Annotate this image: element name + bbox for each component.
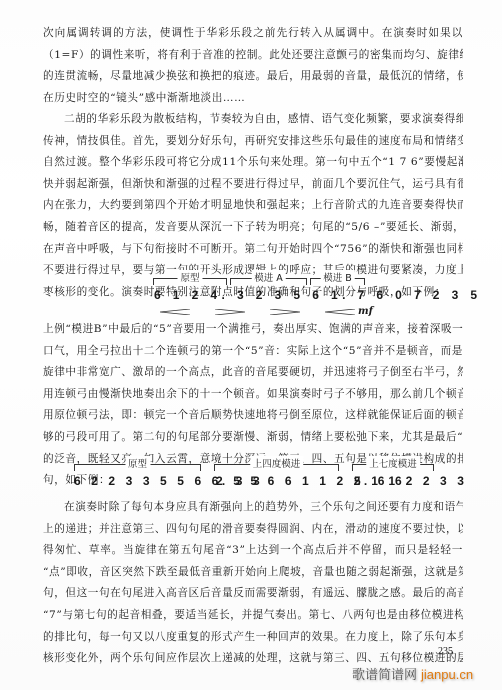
text-line: 够的弓段可用了。第二句的句尾部分要渐慢、渐弱，情绪上要松弛下来，尤其是最后“6” — [43, 427, 463, 449]
paragraph-1: 次向属调转调的方法，使调性于华彩乐段之前先行转入从属调中。在演奏时如果以 （1=… — [43, 23, 463, 109]
dynamic-mark: mf — [358, 306, 373, 317]
text-line: 得匆忙、草率。当旋律在第五句尾音“3”上达到一个高点后并不停留，而只是轻轻一 — [43, 540, 463, 562]
text-line: 用连顿弓由慢渐快地奏出余下的十一个顿音。如果演奏时弓子不够用，那么前几个顿音可采 — [43, 384, 463, 406]
bracket-label: 上七度模进 — [366, 456, 420, 470]
text-line: “7”与第七句的起音相叠，要适当延长，并提气奏出。第七、八两句也是由移位模进构成 — [43, 605, 463, 627]
text-line: 在演奏时除了每句本身应具有渐强向上的趋势外，三个乐句之间还要有力度和语气层次 — [43, 497, 463, 519]
text-line: 传神，情技俱佳。首先，要划分好乐句，再研究安排这些乐句最佳的速度布局和情绪变化的 — [43, 131, 463, 153]
watermark: 歌谱简谱网jianpu.cn — [352, 664, 473, 683]
bracket-label: 上四度模进 — [250, 456, 304, 470]
music-example-2: 原型 上四度模进 上七度模进 6 2 2 3 3 5 5 6 6. 3 3 2 … — [72, 460, 442, 496]
page-number: 235 — [438, 646, 453, 657]
jianpu-notes: 6 1 2 4. 3 2 3 5 6 1. 7 6 0 7 2 3 5 — [154, 288, 481, 302]
text-line: 自然过渡。整个华彩乐段可将它分成11个乐句来处理。第一句中五个“1 7 6”要慢… — [43, 152, 463, 174]
text-line: 次向属调转调的方法，使调性于华彩乐段之前先行转入从属调中。在演奏时如果以 — [43, 23, 463, 45]
crescendo-icon — [325, 309, 355, 315]
document-page: 次向属调转调的方法，使调性于华彩乐段之前先行转入从属调中。在演奏时如果以 （1=… — [0, 0, 502, 690]
music-example-1: 原型 模进 A 模进 B 6 1 2 4. 3 2 3 5 6 1. 7 6 0… — [150, 272, 370, 318]
text-line: （1=F）的调性来听，将有利于音准的控制。此处还要注意颤弓的密集而均匀、旋律线条 — [43, 45, 463, 67]
text-line: 的排比句，每一句又以八度重复的形式产生一种回声的效果。在力度上，除了乐句本身的枣 — [43, 627, 463, 649]
bracket-label: 模进 A — [251, 270, 286, 284]
bracket-label: 原型 — [177, 270, 202, 284]
text-line: 二胡的华彩乐段为散板结构，节奏较为自由，感情、语气变化频繁，要求演奏得细腻、 — [43, 109, 463, 131]
text-line: 用原位顿弓法，即：顿完一个音后顺势快速地将弓倒至原位，这样就能保证后面的顿音有足 — [43, 405, 463, 427]
text-line: 口气，用全弓拉出十二个连顿弓的第一个“5”音：实际上这个“5”音并不是顿音，而是 — [43, 341, 463, 363]
text-line: 内在张力，大约要到第四个开始才明显地快和强起来；上行音阶式的九连音要奏得快而通 — [43, 195, 463, 217]
bracket-label: 模进 B — [320, 270, 355, 284]
bracket-sequence-b: 模进 B — [310, 278, 365, 285]
decrescendo-icon — [215, 309, 245, 315]
text-line: 的连贯流畅，尽量地减少换弦和换把的痕迹。最后，用最弱的音量，最低沉的情绪，使旋律 — [43, 66, 463, 88]
crescendo-icon — [160, 309, 190, 315]
bracket-label: 原型 — [125, 456, 150, 470]
bracket-prototype: 原型 — [153, 278, 227, 285]
text-line: 在历史时空的“镜头”感中渐渐地淡出…… — [43, 88, 463, 110]
text-line: 在声音中呼吸，与下句衔接时不可断开。第二句开始时四个“756”的渐快和渐强也同样 — [43, 239, 463, 261]
text-line: 快并弱起渐强，但渐快和渐强的过程不要进行得过早，前面几个要沉住气，运弓具有很大的 — [43, 174, 463, 196]
paragraph-4: 在演奏时除了每句本身应具有渐强向上的趋势外，三个乐句之间还要有力度和语气层次 上… — [43, 497, 463, 670]
watermark-text: 歌谱简谱网 — [352, 668, 417, 683]
bracket-prototype: 原型 — [74, 464, 201, 471]
text-line: 畅，随着音区的提高，发音要从深沉一下子转为明亮；句尾的“5/6 –”要延长、渐弱… — [43, 217, 463, 239]
bracket-sequence-a: 模进 A — [230, 278, 307, 285]
bracket-seventh-up-sequence: 上七度模进 — [352, 464, 434, 471]
text-line: 旋律中非常宽广、激昂的一个高点，此音的音尾要硬切，并迅速将弓子倒至右半弓，然后再 — [43, 362, 463, 384]
text-line: 上例“模进B”中最后的“5”音要用一个满推弓，奏出厚实、饱满的声音来，接着深吸一 — [43, 319, 463, 341]
text-line: “点”即收，音区突然下跌至最低音重新开始向上爬坡，音量也随之弱起渐强，这就是第六 — [43, 562, 463, 584]
text-line: 上的递进；并注意第三、四句句尾的滑音要奏得圆润、内在，滑动的速度不要过快，以免显 — [43, 519, 463, 541]
bracket-fourth-up-sequence: 上四度模进 — [214, 464, 339, 471]
watermark-domain: jianpu.cn — [421, 667, 473, 682]
text-line: 句，但这一句在句尾进入高音区后音量反而需要渐弱，有遥远、朦胧之感。最后的高音 — [43, 583, 463, 605]
decrescendo-icon — [270, 309, 300, 315]
jianpu-notes-group-3: 5 1 1 2 2 3 3 — [354, 474, 468, 488]
